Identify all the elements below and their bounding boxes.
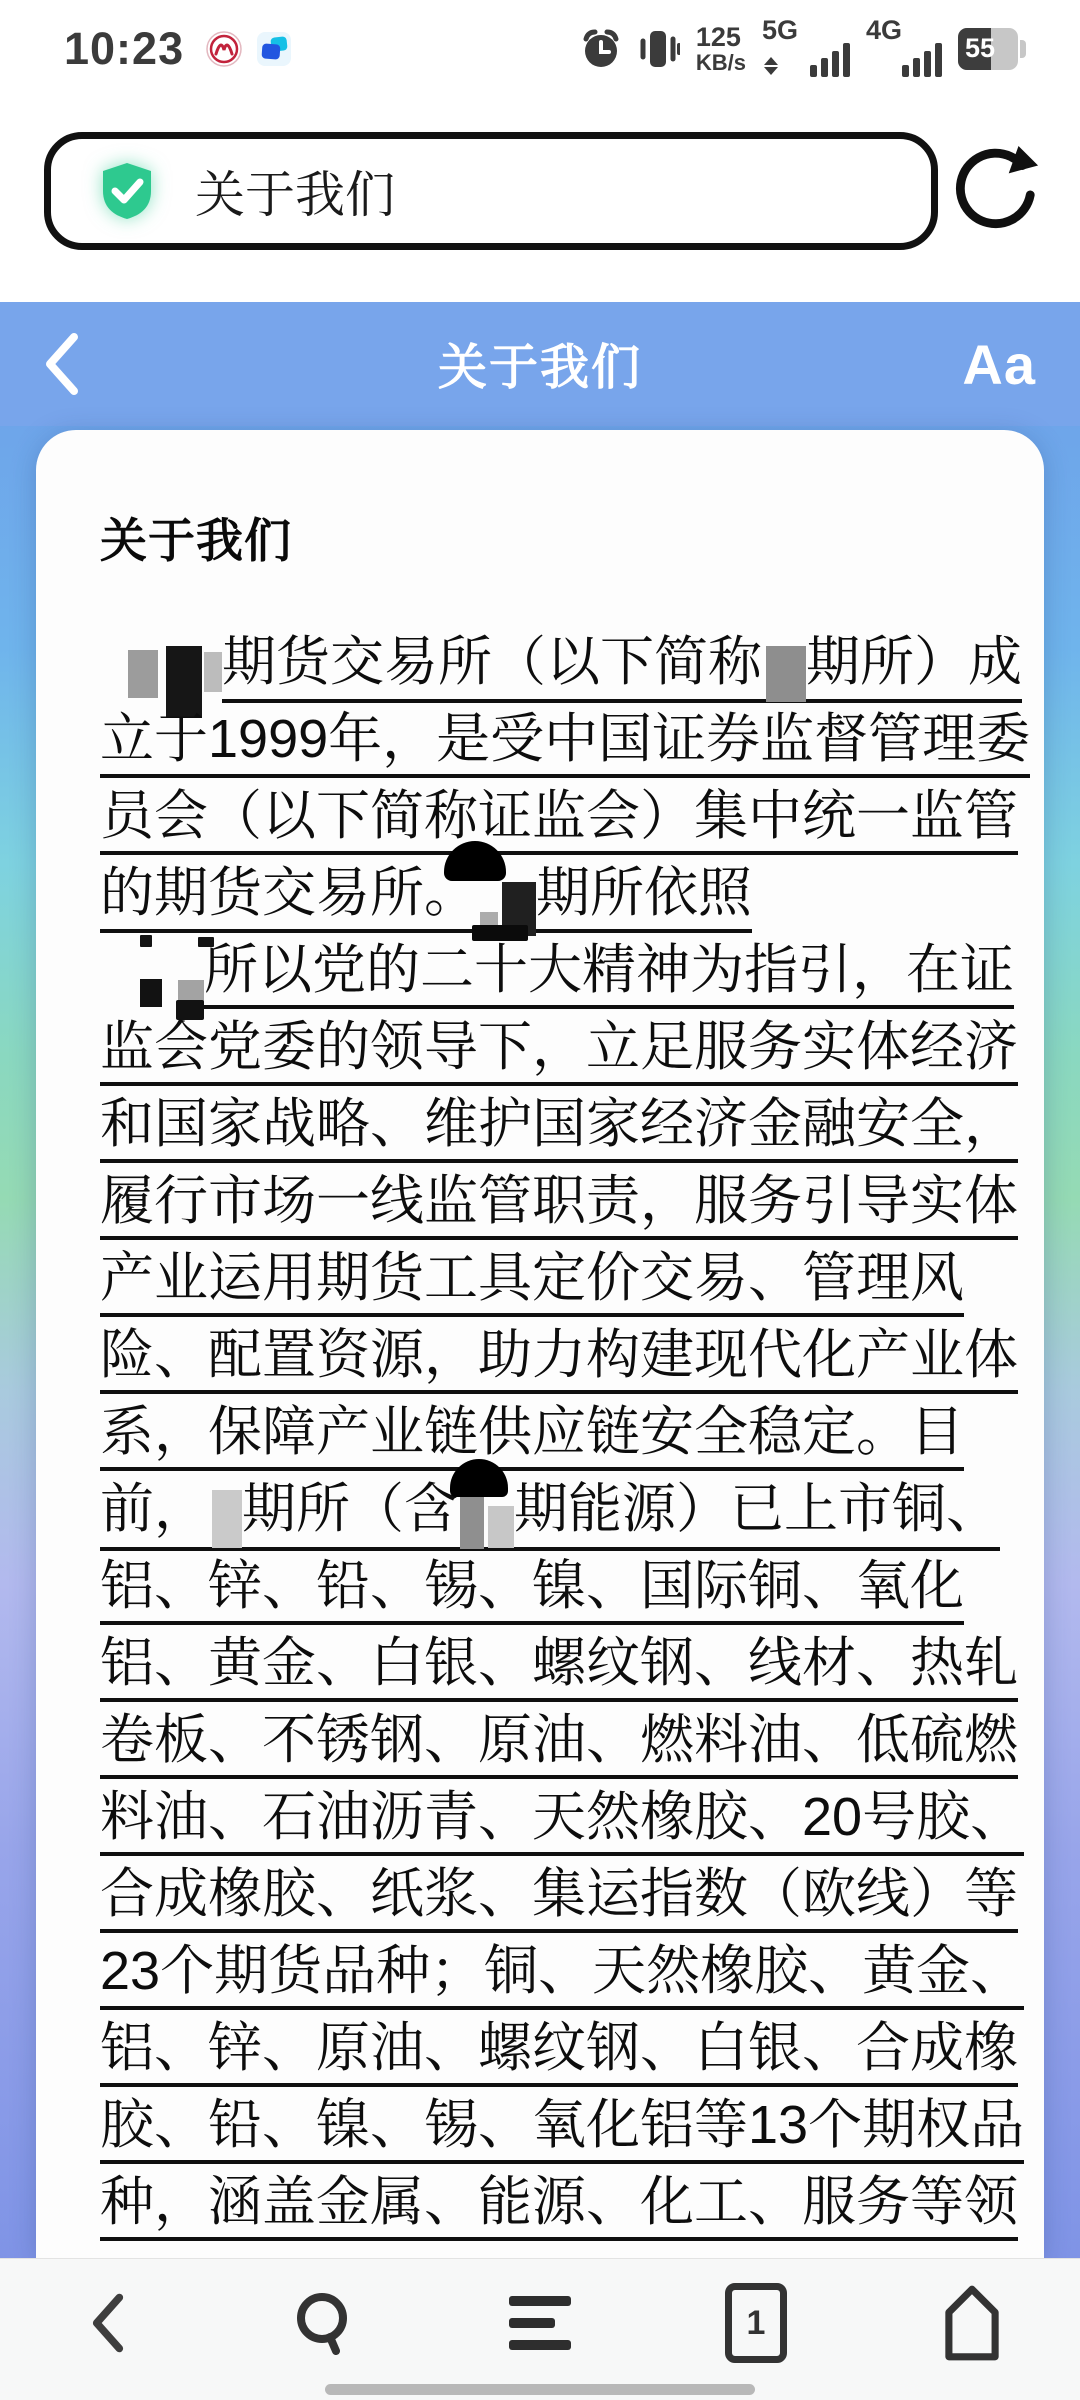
clock-time: 10:23 [64,23,184,75]
body-line-text: 期货交易所（以下简称期所）成 [222,632,1022,703]
updown-arrows-icon [764,57,778,75]
body-text-segment: 卷板、不锈钢、原油、燃料油、低硫燃 [100,1710,1018,1770]
body-line[interactable]: 前，期所（含期能源）已上市铜、 [100,1479,1012,1556]
content-card: 关于我们 期货交易所（以下简称期所）成立于1999年，是受中国证券监督管理委员会… [36,430,1044,2258]
body-line[interactable]: 产业运用期货工具定价交易、管理风 [100,1248,1012,1325]
url-bar[interactable]: 关于我们 [44,132,938,250]
body-line[interactable]: 监会党委的领导下，立足服务实体经济 [100,1017,1012,1094]
body-text-segment: 合成橡胶、纸浆、集运指数（欧线）等 [100,1864,1018,1924]
nav-home-button[interactable] [864,2281,1080,2365]
status-bar: 10:23 [0,14,1080,84]
body-line-text: 胶、铅、镍、锡、氧化铝等13个期权品 [100,2095,1024,2164]
body-line[interactable]: 履行市场一线监管职责，服务引导实体 [100,1171,1012,1248]
nav-tabs-icon: 1 [725,2283,787,2363]
body-line-text: 卷板、不锈钢、原油、燃料油、低硫燃 [100,1710,1018,1779]
body-text-segment: 产业运用期货工具定价交易、管理风 [100,1248,964,1308]
body-text-segment: 履行市场一线监管职责，服务引导实体 [100,1171,1018,1231]
body-line[interactable]: 铝、锌、原油、螺纹钢、白银、合成橡 [100,2018,1012,2095]
redaction-box [204,652,222,692]
battery-level: 55 [965,33,995,64]
nav-search-button[interactable] [216,2291,432,2355]
body-line-text: 种，涵盖金属、能源、化工、服务等领 [100,2172,1018,2241]
body-line-text: 所以党的二十大精神为指引，在证 [204,940,1014,1009]
body-line[interactable]: 铝、黄金、白银、螺纹钢、线材、热轧 [100,1633,1012,1710]
nav-home-icon [940,2281,1004,2365]
body-text-segment: 和国家战略、维护国家经济金融安全， [100,1094,1018,1154]
page-title: 关于我们 [0,329,1080,399]
body-line-text: 员会（以下简称证监会）集中统一监管 [100,786,1018,855]
body-line[interactable]: 所以党的二十大精神为指引，在证 [100,940,1012,1017]
body-text-segment: 险、配置资源，助力构建现代化产业体 [100,1325,1018,1385]
body-line-text: 和国家战略、维护国家经济金融安全， [100,1094,1018,1163]
url-row: 关于我们 [0,118,1080,268]
status-right-cluster: 125 KB/s 5G 4G [582,19,1026,79]
body-text-segment: 种，涵盖金属、能源、化工、服务等领 [100,2172,1018,2232]
body-line[interactable]: 胶、铅、镍、锡、氧化铝等13个期权品 [100,2095,1012,2172]
url-text: 关于我们 [195,155,395,227]
body-line-text: 料油、石油沥青、天然橡胶、20号胶、 [100,1787,1024,1856]
app-header: 关于我们 Aa [0,302,1080,426]
refresh-icon[interactable] [948,144,1042,238]
body-line-text: 23个期货品种；铜、天然橡胶、黄金、 [100,1941,1024,2010]
bottom-nav: 1 [0,2258,1080,2400]
body-line[interactable]: 和国家战略、维护国家经济金融安全， [100,1094,1012,1171]
body-text-segment: 员会（以下简称证监会）集中统一监管 [100,786,1018,846]
body-line-text: 铝、锌、铅、锡、镍、国际铜、氧化 [100,1556,964,1625]
body-line[interactable]: 期货交易所（以下简称期所）成 [100,632,1012,709]
body-line[interactable]: 的期货交易所。期所依照 [100,863,1012,940]
net-5g-label: 5G [762,15,798,46]
body-line[interactable]: 23个期货品种；铜、天然橡胶、黄金、 [100,1941,1012,2018]
body-text-segment: 系，保障产业链供应链安全稳定。目 [100,1402,964,1462]
body-line-text: 合成橡胶、纸浆、集运指数（欧线）等 [100,1864,1018,1933]
body-line-text: 的期货交易所。期所依照 [100,863,752,933]
body-text-segment: 立于1999年，是受中国证券监督管理委 [100,709,1030,769]
body-text-segment: 监会党委的领导下，立足服务实体经济 [100,1017,1018,1077]
body-line[interactable]: 种，涵盖金属、能源、化工、服务等领 [100,2172,1012,2249]
body-text-segment: 期所依照 [536,863,752,923]
body-text-segment: 所以党的二十大精神为指引，在证 [204,940,1014,1000]
body-line[interactable]: 系，保障产业链供应链安全稳定。目 [100,1402,1012,1479]
redaction-box [460,1497,484,1549]
body-line[interactable]: 卷板、不锈钢、原油、燃料油、低硫燃 [100,1710,1012,1787]
redaction-box [166,646,202,718]
body-line-text: 产业运用期货工具定价交易、管理风 [100,1248,964,1317]
tab-count: 1 [747,2306,766,2340]
signal-bars-icon [810,43,850,77]
body-line-text: 铝、黄金、白银、螺纹钢、线材、热轧 [100,1633,1018,1702]
battery-icon: 55 [958,28,1026,70]
nav-search-icon [293,2291,355,2355]
body-line[interactable]: 险、配置资源，助力构建现代化产业体 [100,1325,1012,1402]
body-line[interactable]: 立于1999年，是受中国证券监督管理委 [100,709,1012,786]
body-line[interactable]: 料油、石油沥青、天然橡胶、20号胶、 [100,1787,1012,1864]
top-white-zone: 10:23 [0,0,1080,302]
alarm-icon [582,28,620,70]
body-text-segment: 期能源）已上市铜、 [514,1479,1000,1539]
body-line-text: 立于1999年，是受中国证券监督管理委 [100,709,1030,778]
body-text-segment: 的期货交易所。 [100,863,478,923]
body-text-segment: 料油、石油沥青、天然橡胶、20号胶、 [100,1787,1024,1847]
signal-5g: 5G [762,19,850,79]
body-text-segment: 前， [100,1479,208,1539]
redaction-box [472,925,528,941]
body-line-text: 系，保障产业链供应链安全稳定。目 [100,1402,964,1471]
body-line[interactable]: 铝、锌、铅、锡、镍、国际铜、氧化 [100,1556,1012,1633]
body-text-segment: 期货交易所（以下简称 [222,632,762,692]
phone-screen: 10:23 [0,0,1080,2400]
body-line-text: 铝、锌、原油、螺纹钢、白银、合成橡 [100,2018,1018,2087]
body-line-text: 前，期所（含期能源）已上市铜、 [100,1479,1000,1551]
body-text-segment: 铝、锌、铅、锡、镍、国际铜、氧化 [100,1556,964,1616]
nav-menu-icon [509,2296,571,2350]
vibrate-icon [636,28,680,70]
redaction-box [488,1506,514,1548]
shield-check-icon [99,160,155,222]
net-4g-label: 4G [866,15,902,46]
nav-back-icon [91,2293,125,2353]
body-text-segment: 铝、锌、原油、螺纹钢、白银、合成橡 [100,2018,1018,2078]
body-text-segment: 期所（含 [242,1479,458,1539]
body-text-segment: 铝、黄金、白银、螺纹钢、线材、热轧 [100,1633,1018,1693]
redaction-box [212,1490,242,1548]
content-heading: 关于我们 [100,504,292,571]
body-line-text: 履行市场一线监管职责，服务引导实体 [100,1171,1018,1240]
nav-back-button[interactable] [0,2293,216,2353]
network-speed: 125 KB/s [696,24,746,74]
body-line-text: 险、配置资源，助力构建现代化产业体 [100,1325,1018,1394]
article-body: 期货交易所（以下简称期所）成立于1999年，是受中国证券监督管理委员会（以下简称… [100,632,1012,2249]
body-line[interactable]: 员会（以下简称证监会）集中统一监管 [100,786,1012,863]
signal-bars-icon [902,43,942,77]
battery-nub [1020,40,1026,58]
redaction-box [140,979,162,1007]
network-speed-value: 125 [696,24,746,52]
messenger-app-icon [256,31,292,67]
cmb-app-icon [206,31,242,67]
body-line[interactable]: 合成橡胶、纸浆、集运指数（欧线）等 [100,1864,1012,1941]
redaction-box [766,646,806,702]
network-speed-unit: KB/s [696,52,746,74]
gesture-pill[interactable] [325,2384,755,2395]
nav-tabs-button[interactable]: 1 [648,2283,864,2363]
body-text-segment: 期所）成 [806,632,1022,692]
nav-menu-button[interactable] [432,2296,648,2350]
body-line-text: 监会党委的领导下，立足服务实体经济 [100,1017,1018,1086]
signal-4g: 4G [866,19,942,79]
body-text-segment: 23个期货品种；铜、天然橡胶、黄金、 [100,1941,1024,2001]
body-text-segment: 胶、铅、镍、锡、氧化铝等13个期权品 [100,2095,1024,2155]
redaction-box [128,650,158,698]
